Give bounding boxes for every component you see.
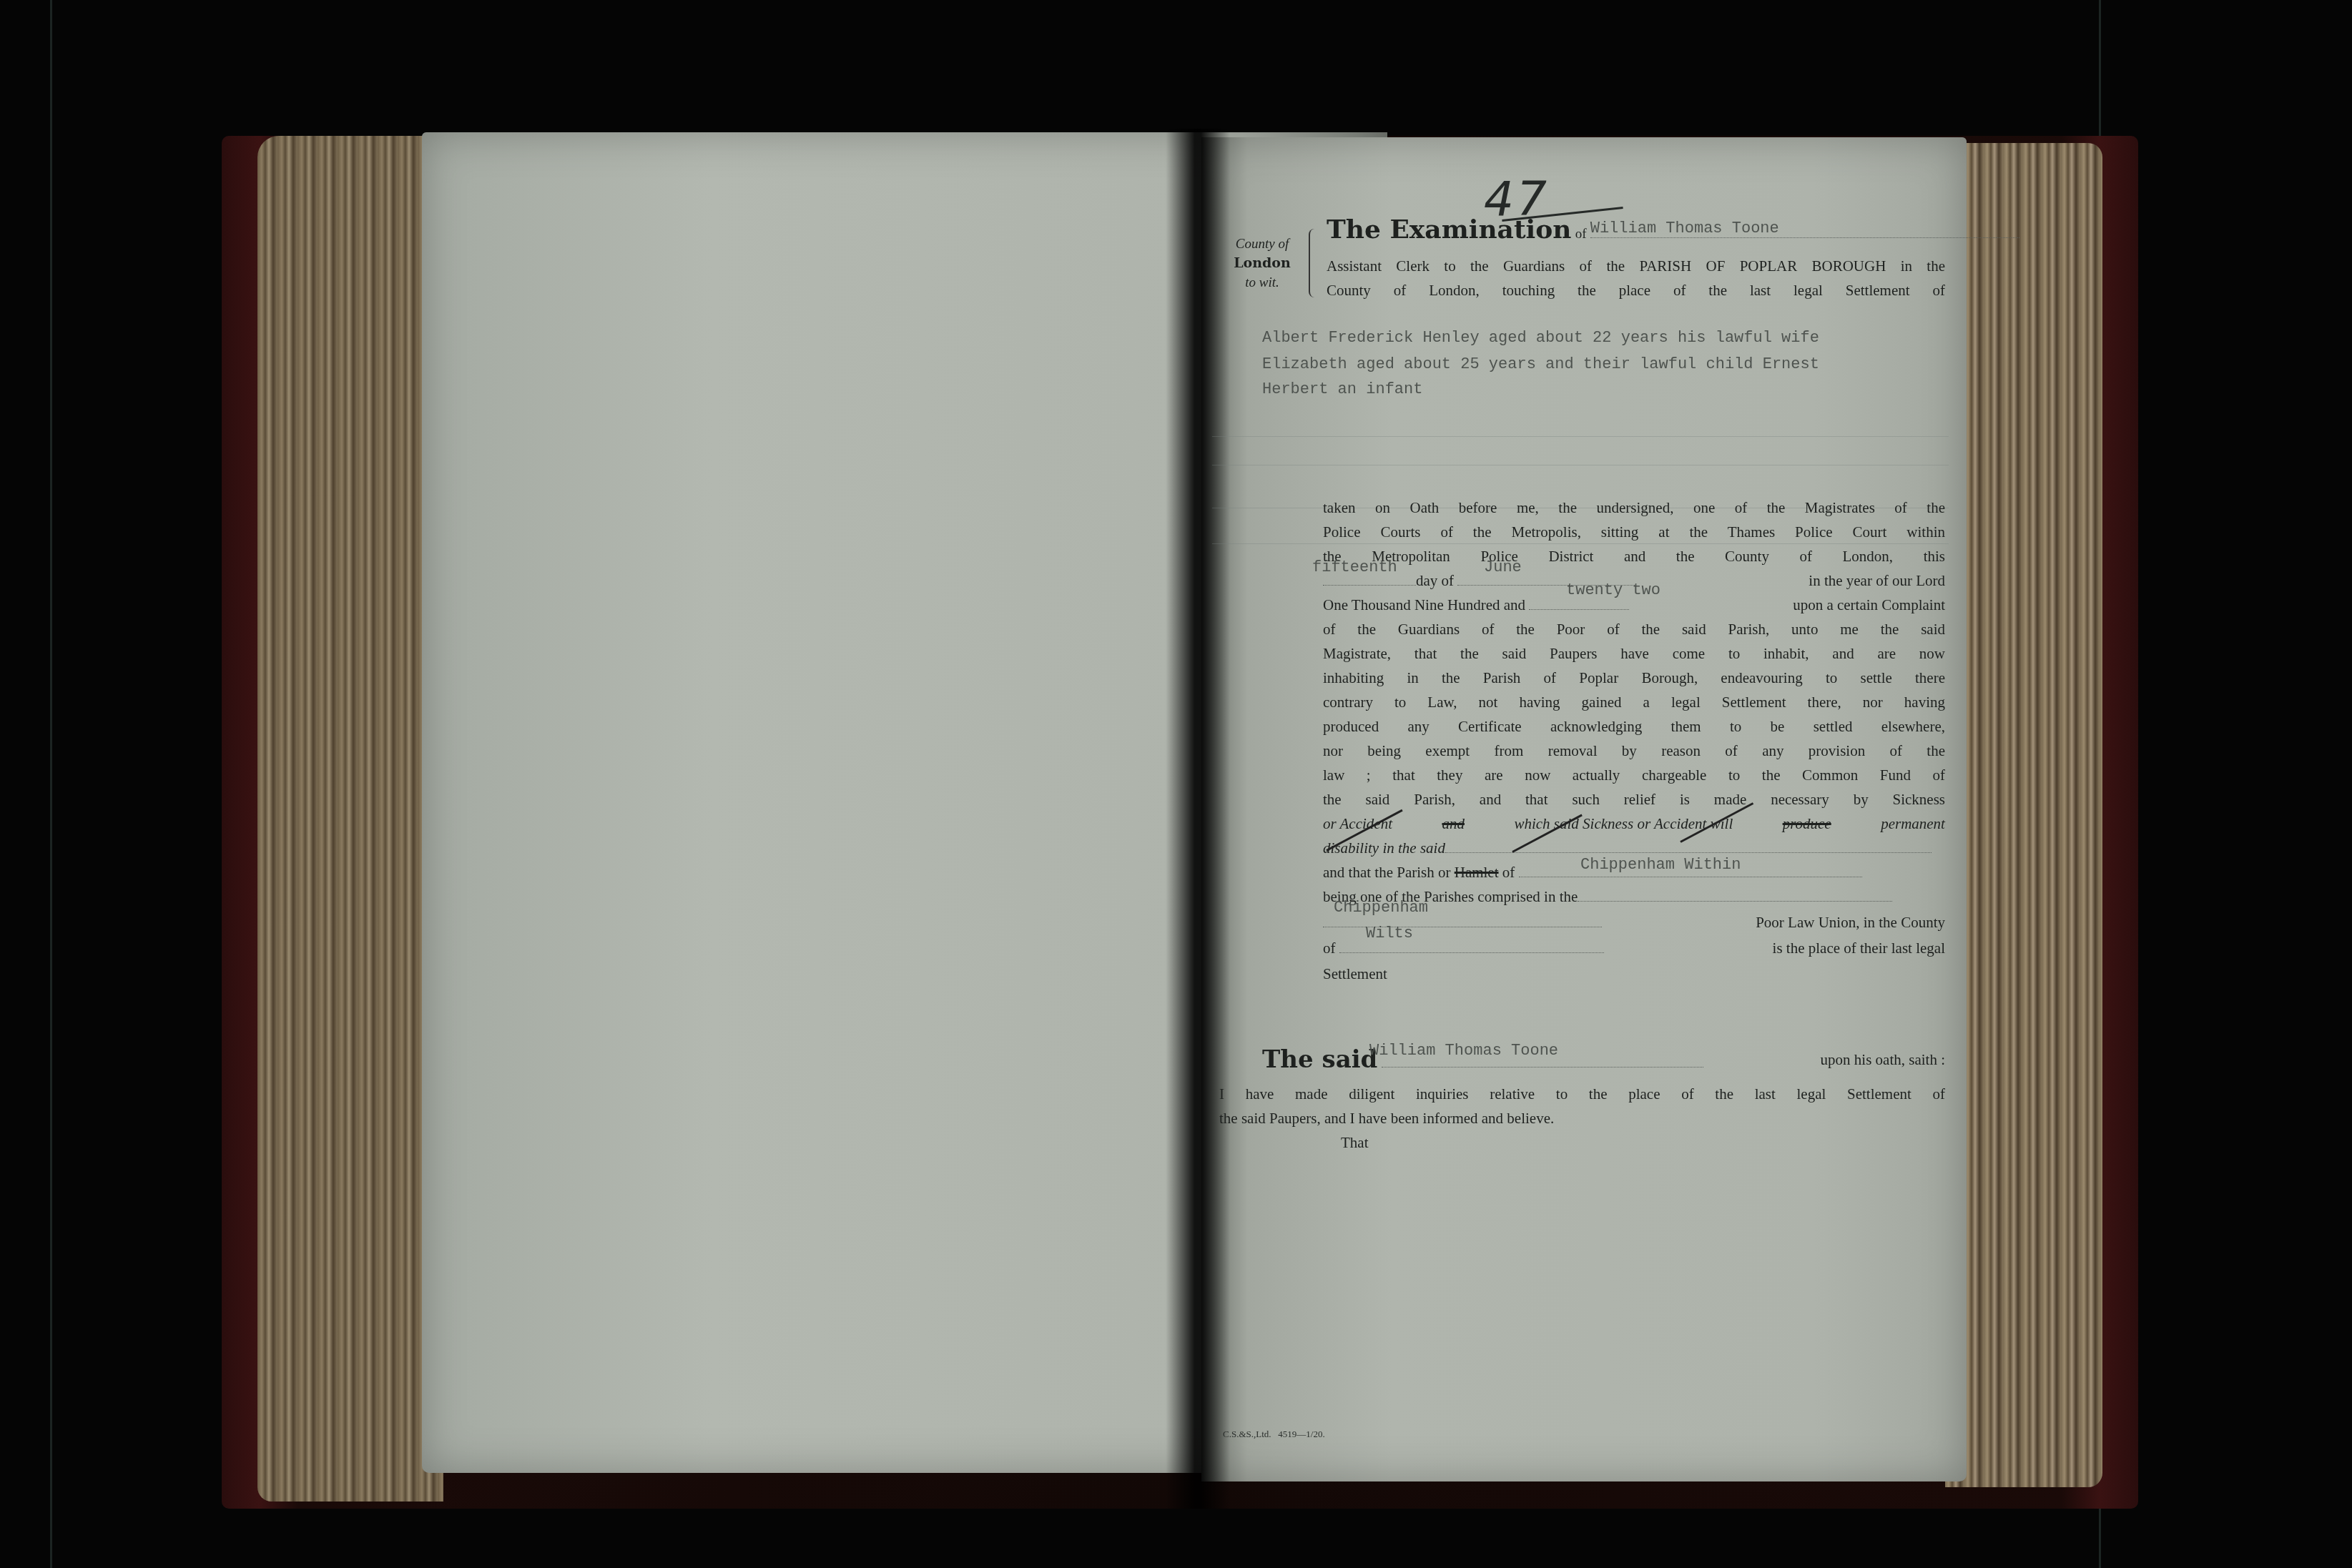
- accident-text: or Accident: [1323, 815, 1392, 832]
- parishes-blank: [1578, 901, 1892, 902]
- oath-paragraph: taken on Oath before me, the undersigned…: [1323, 499, 1945, 1000]
- margin-note-line3: to wit.: [1226, 273, 1298, 292]
- open-register-book: 47 County of London to wit. The Examinat…: [222, 129, 2138, 1509]
- examination-heading: The Examination of William Thomas Toone …: [1327, 220, 1945, 299]
- settlement-word: Settlement: [1323, 965, 1945, 982]
- parish-typed: Chippenham Within: [1580, 857, 1741, 874]
- union-suffix: Poor Law Union, in the County: [1756, 914, 1945, 931]
- permanent-text: permanent: [1881, 815, 1945, 832]
- county-typed: Wilts: [1366, 925, 1413, 942]
- parish-prefix: and that the Parish or: [1323, 864, 1450, 881]
- disability-line: disability in the said: [1323, 839, 1945, 857]
- body-line5: produced any Certificate acknowledging t…: [1323, 718, 1945, 735]
- of-label: of: [1575, 227, 1587, 242]
- margin-note-county: County of London to wit.: [1226, 235, 1298, 292]
- union-typed: Chippenham: [1334, 899, 1428, 917]
- body-line7: law ; that they are now actually chargea…: [1323, 766, 1945, 784]
- day-typed: fifteenth: [1312, 559, 1397, 576]
- oath-line2: Police Courts of the Metropolis, sitting…: [1323, 523, 1945, 541]
- examiner-name: William Thomas Toone: [1590, 220, 2019, 238]
- parish-of: of: [1502, 864, 1515, 881]
- year-line: One Thousand Nine Hundred and twenty two…: [1323, 596, 1945, 613]
- margin-note-line2: London: [1226, 254, 1298, 273]
- month-typed: June: [1484, 559, 1522, 576]
- heading-line2: Assistant Clerk to the Guardians of the …: [1327, 257, 1945, 275]
- margin-note-line1: County of: [1226, 235, 1298, 254]
- ruled-line: [1212, 465, 1949, 465]
- body-line3: inhabiting in the Parish of Poplar Borou…: [1323, 669, 1945, 686]
- the-said-title: The said: [1262, 1045, 1377, 1074]
- deposition-title-line: The said William Thomas Toone upon his o…: [1262, 1051, 1945, 1071]
- day-label: day of: [1416, 572, 1454, 589]
- examination-title: The Examination: [1327, 215, 1571, 245]
- body-line4: contrary to Law, not having gained a leg…: [1323, 694, 1945, 711]
- year-label: in the year of our Lord: [1809, 572, 1945, 589]
- year-suffix: upon a certain Complaint: [1793, 596, 1945, 613]
- year-blank: [1529, 609, 1629, 610]
- deponent-blank: [1382, 1067, 1703, 1067]
- body-line1: of the Guardians of the Poor of the said…: [1323, 621, 1945, 638]
- parish-blank: [1519, 877, 1862, 877]
- book-gutter: [1166, 129, 1230, 1509]
- union-blank: [1323, 927, 1602, 927]
- sickness-line: or Accident and which said Sickness or A…: [1323, 815, 1945, 832]
- margin-brace: [1309, 229, 1316, 297]
- that-word: That: [1341, 1134, 1945, 1151]
- heading-line3: County of London, touching the place of …: [1327, 282, 1945, 299]
- deposition-block: The said William Thomas Toone upon his o…: [1219, 1051, 1945, 1151]
- disability-blank: [1445, 852, 1932, 853]
- page-edges-left: [257, 136, 443, 1502]
- oath-line1: taken on Oath before me, the undersigned…: [1323, 499, 1945, 516]
- paupers-line1: Albert Frederick Henley aged about 22 ye…: [1262, 329, 1819, 347]
- deponent-typed: William Thomas Toone: [1369, 1042, 1558, 1060]
- page-edges-right: [1945, 143, 2102, 1487]
- struck-produce: produce: [1783, 815, 1831, 832]
- county-line: of Wilts is the place of their last lega…: [1323, 940, 1945, 957]
- oath-line3: the Metropolitan Police District and the…: [1323, 548, 1945, 565]
- glass-plate-edge-left: [50, 0, 52, 1568]
- struck-and: and: [1442, 815, 1465, 832]
- county-prefix: of: [1323, 940, 1336, 957]
- parish-line: and that the Parish or Hamlet of Chippen…: [1323, 864, 1945, 881]
- deposition-line3: the said Paupers, and I have been inform…: [1219, 1110, 1945, 1127]
- body-line2: Magistrate, that the said Paupers have c…: [1323, 645, 1945, 662]
- county-blank: [1339, 952, 1604, 953]
- year-prefix: One Thousand Nine Hundred and: [1323, 596, 1525, 613]
- printer-mark: C.S.&S.,Ltd. 4519—1/20.: [1223, 1429, 1325, 1440]
- body-line6: nor being exempt from removal by reason …: [1323, 742, 1945, 759]
- ruled-line: [1212, 436, 1949, 437]
- paupers-line3: Herbert an infant: [1262, 380, 1422, 398]
- body-line8: the said Parish, and that such relief is…: [1323, 791, 1945, 808]
- day-blank: [1323, 585, 1416, 586]
- deposition-line2: I have made diligent inquiries relative …: [1219, 1085, 1945, 1103]
- oath-suffix: upon his oath, saith :: [1821, 1051, 1945, 1068]
- year-typed: twenty two: [1566, 582, 1660, 599]
- union-line: Chippenham Poor Law Union, in the County: [1323, 914, 1945, 931]
- paupers-line2: Elizabeth aged about 25 years and their …: [1262, 355, 1819, 373]
- county-suffix: is the place of their last legal: [1773, 940, 1945, 957]
- struck-hamlet: Hamlet: [1455, 864, 1499, 881]
